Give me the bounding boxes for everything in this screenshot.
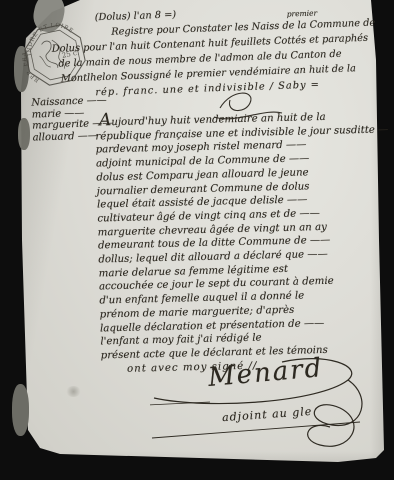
paper-smudge bbox=[66, 386, 81, 397]
signature-block: Menard adjoint au gle bbox=[150, 352, 394, 477]
act-body-text: Aujourd'huy huit vendemiaire an huit de … bbox=[95, 108, 385, 377]
interlinear-insert: premier bbox=[287, 9, 318, 19]
scanned-document: INDRE ET LOIRE REP. FRA. 25 c. (Dolus) l… bbox=[0, 0, 394, 480]
binding-remnant bbox=[12, 384, 29, 436]
binding-remnant bbox=[18, 118, 30, 150]
